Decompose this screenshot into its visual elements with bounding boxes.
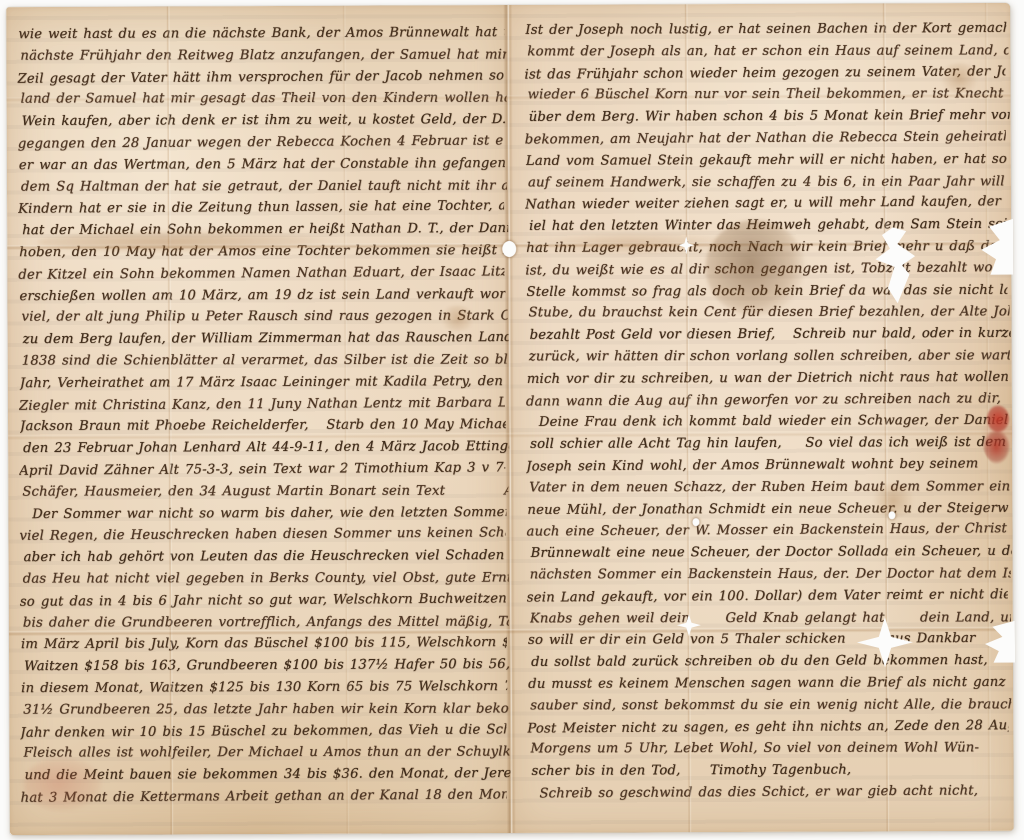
handwriting-line: bekommen, am Neujahr hat der Nathan die …	[525, 126, 1006, 151]
handwriting-line: zu dem Berg laufen, der William Zimmerma…	[23, 327, 509, 351]
handwriting-line: ist das Frühjahr schon wieder heim gezog…	[524, 61, 1005, 86]
handwriting-line: erschießen wollen am 10 März, am 19 dz i…	[19, 284, 505, 308]
handwriting-line: Land vom Samuel Stein gekauft mehr will …	[526, 149, 1007, 173]
handwriting-line: gegangen den 28 Januar wegen der Rebecca…	[18, 130, 504, 155]
handwriting-line: so gut das in 4 bis 6 Jahr nicht so gut …	[20, 588, 506, 613]
handwriting-line: Wein kaufen, aber ich denk er ist ihm zu…	[22, 109, 508, 133]
letter-sheet: wie weit hast du es an die nächste Bank,…	[6, 3, 1014, 835]
handwriting-line: bezahlt Post Geld vor diesen Brief, Schr…	[530, 323, 1011, 347]
handwriting-line: zurück, wir hätten dir schon vorlang sol…	[529, 345, 1010, 368]
pinhole-fold-2	[888, 511, 895, 519]
handwriting-line: Joseph sein Kind wohl, der Amos Brünnewa…	[526, 453, 1007, 478]
handwriting-line: viel Regen, die Heuschrecken haben diese…	[19, 523, 505, 548]
handwriting-line: Zeil gesagt der Vater hätt ihm versproch…	[17, 65, 503, 90]
handwriting-line: nächste Frühjahr den Reitweg Blatz anzuf…	[20, 44, 506, 67]
handwriting-line: auf seinem Handwerk, sie schaffen zu 4 b…	[528, 171, 1009, 194]
handwriting-line: sauber sind, sonst bekommst du sie ein w…	[530, 694, 1011, 717]
handwriting-line: scher bis in den Tod, Timothy Tagenbuch,	[531, 759, 1012, 783]
handwriting-line: der Kitzel ein Sohn bekommen Namen Natha…	[18, 261, 504, 286]
handwriting-line: Stube, du brauchst kein Cent für diesen …	[529, 302, 1010, 325]
handwriting-line: aber ich hab gehört von Leuten das die H…	[24, 545, 510, 569]
handwriting-line: du musst es keinem Menschen sagen wann d…	[528, 672, 1009, 696]
handwriting-line: sein Land gekauft, vor ein 100. Dollar) …	[527, 584, 1008, 609]
handwriting-line: Schreib so geschwind das dies Schict, er…	[528, 780, 1009, 805]
tear-hole-center-fold	[502, 241, 516, 257]
handwriting-line: nächsten Sommer ein Backenstein Haus, de…	[530, 563, 1011, 586]
handwriting-line: Schäfer, Hausmeier, den 34 August Martin…	[22, 480, 508, 503]
handwriting-line: auch eine Scheuer, der W. Mosser ein Bac…	[526, 519, 1007, 544]
page-right: Ist der Joseph noch lustig, er hat seine…	[508, 3, 1014, 833]
handwriting-line: im März April bis July, Korn das Büschel…	[21, 632, 507, 656]
handwriting-line: Der Sommer war nicht so warm bis daher, …	[20, 502, 506, 526]
handwriting-line: Waitzen $158 bis 163, Grundbeeren $100 b…	[24, 654, 510, 678]
handwriting-line: du sollst bald zurück schreiben ob du de…	[531, 650, 1012, 674]
handwriting-line: und die Meint bauen sie bekommen 34 bis …	[25, 763, 511, 787]
handwriting-line: mich vor dir zu schreiben, u wan der Die…	[527, 367, 1008, 391]
handwriting-line: kommt der Joseph als an, hat er schon ei…	[527, 40, 1008, 63]
handwriting-line: Stelle kommst so frag als doch ob kein B…	[526, 279, 1007, 303]
handwriting-line: Post Meister nicht zu sagen, es geht ihn…	[527, 715, 1008, 740]
handwriting-line: viel, der alt jung Philip u Peter Rausch…	[22, 306, 508, 329]
handwriting-line: Brünnewalt eine neue Scheuer, der Doctor…	[531, 541, 1012, 565]
handwriting-line: hat 3 Monat die Kettermans Arbeit gethan…	[21, 784, 507, 809]
handwriting-line: Ziegler mit Christina Kanz, den 11 Juny …	[19, 392, 505, 417]
page-left: wie weit hast du es an die nächste Bank,…	[6, 5, 512, 835]
handwriting-line: dem Sq Haltman der hat sie getraut, der …	[21, 175, 507, 198]
handwriting-line: ist, du weißt wie es al dir schon gegang…	[525, 257, 1006, 282]
handwriting-line: Jahr denken wir 10 bis 15 Büschel zu bek…	[20, 719, 506, 744]
handwriting-line: das Heu hat nicht viel gegeben in Berks …	[23, 567, 509, 590]
handwriting-lines-right: Ist der Joseph noch lustig, er hat seine…	[508, 3, 1013, 805]
handwriting-line: Morgens um 5 Uhr, Lebet Wohl, So viel vo…	[530, 738, 1011, 761]
handwriting-line: Fleisch alles ist wohlfeiler, Der Michae…	[23, 742, 509, 765]
handwriting-line: Ist der Joseph noch lustig, er hat seine…	[525, 18, 1006, 42]
handwriting-line: er war an das Wertman, den 5 März hat de…	[19, 153, 505, 177]
handwriting-line: Kindern hat er sie in die Zeitung thun l…	[18, 196, 504, 221]
handwriting-line: 31½ Grundbeeren 25, das letzte Jahr habe…	[23, 698, 509, 721]
handwriting-line: über dem Berg. Wir haben schon 4 bis 5 M…	[529, 105, 1010, 129]
handwriting-lines-left: wie weit hast du es an die nächste Bank,…	[6, 5, 511, 809]
handwriting-line: in diesem Monat, Waitzen $125 bis 130 Ko…	[21, 676, 507, 700]
handwriting-line: dann wann die Aug auf ihn geworfen vor z…	[526, 388, 1007, 413]
handwriting-line: wie weit hast du es an die nächste Bank,…	[18, 22, 504, 46]
handwriting-line: April David Zähner Alt 75-3-3, sein Text…	[19, 457, 505, 482]
handwriting-line: Nathan wieder weiter ziehen sagt er, u w…	[525, 192, 1006, 217]
pinhole-fold-1	[692, 518, 699, 526]
handwriting-line: 1838 sind die Schienblätter al verarmet,…	[22, 349, 508, 372]
handwriting-line: Vater in dem neuen Schazz, der Ruben Hei…	[529, 476, 1010, 499]
scan-background: wie weit hast du es an die nächste Bank,…	[0, 0, 1024, 840]
handwriting-line: Jahr, Verheirathet am 17 März Isaac Lein…	[20, 371, 506, 395]
handwriting-line: neue Mühl, der Jonathan Schmidt ein neue…	[527, 497, 1008, 521]
